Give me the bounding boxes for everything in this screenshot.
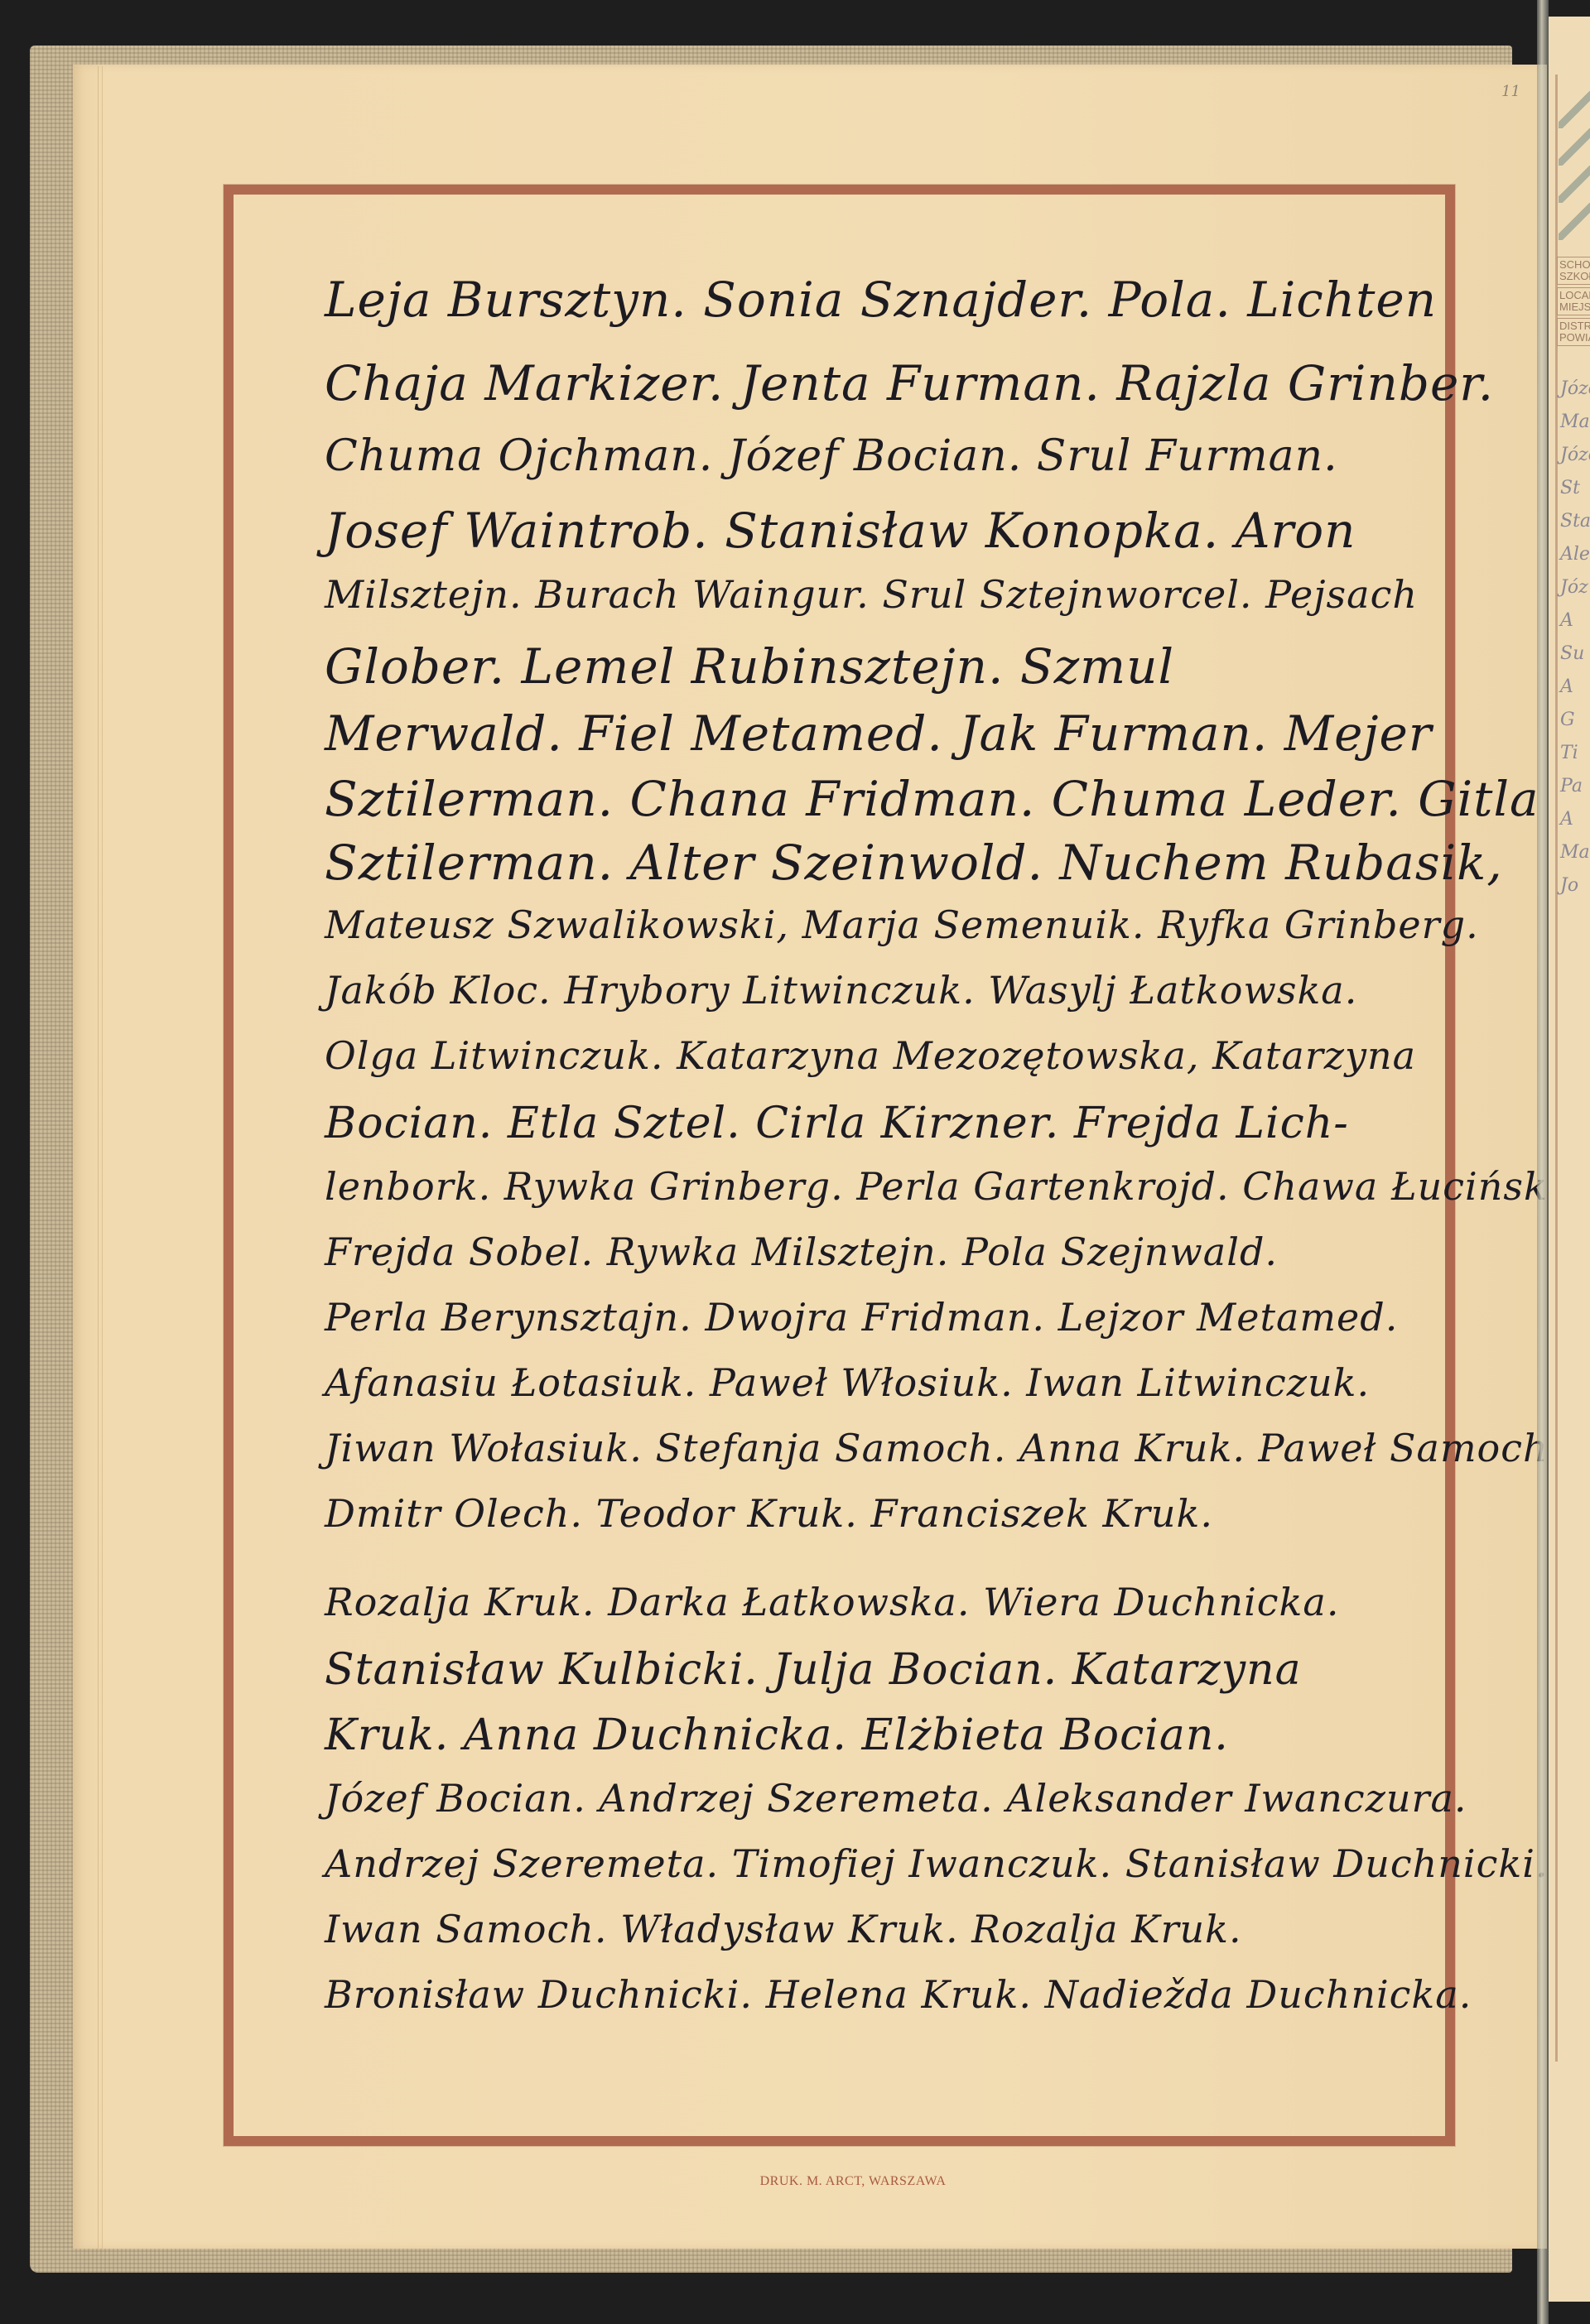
list-line: Józef Bocian. Andrzej Szeremeta. Aleksan…: [325, 1779, 1412, 1843]
list-line: Frejda Sobel. Rywka Milsztejn. Pola Szej…: [325, 1233, 1412, 1297]
list-line: Sztilerman. Alter Szeinwold. Nuchem Ruba…: [325, 839, 1412, 902]
label-school: SCHOOLSZKOŁA: [1557, 257, 1590, 285]
list-line: Rozalja Kruk. Darka Łatkowska. Wiera Duc…: [325, 1583, 1412, 1647]
list-line: Milsztejn. Burach Waingur. Srul Sztejnwo…: [325, 575, 1412, 639]
list-line: Andrzej Szeremeta. Timofiej Iwanczuk. St…: [325, 1845, 1412, 1908]
next-page: SCHOOLSZKOŁA LOCALMIEJSC DISTRIPOWIA Józ…: [1549, 17, 1590, 2302]
list-line: Dmitr Olech. Teodor Kruk. Franciszek Kru…: [325, 1494, 1412, 1558]
page-gutter: [1537, 0, 1549, 2324]
list-line: Kruk. Anna Duchnicka. Elżbieta Bocian.: [325, 1714, 1412, 1778]
list-line: lenbork. Rywka Grinberg. Perla Gartenkro…: [325, 1167, 1412, 1231]
next-page-handwriting: Józef Marja Józef St Stani Ale Józ A Su …: [1560, 373, 1590, 902]
list-line: Merwald. Fiel Metamed. Jak Furman. Mejer: [325, 710, 1412, 773]
list-line: Olga Litwinczuk. Katarzyna Mezozętowska,…: [325, 1037, 1412, 1100]
list-line: Bronisław Duchnicki. Helena Kruk. Nadiež…: [325, 1975, 1412, 2039]
page-edge: [98, 66, 103, 2249]
label-locality: LOCALMIEJSC: [1557, 287, 1590, 315]
name-list: Leja Bursztyn. Sonia Sznajder. Pola. Lic…: [234, 195, 1445, 2136]
list-line: Perla Berynsztajn. Dwojra Fridman. Lejzo…: [325, 1298, 1412, 1362]
list-line: Jiwan Wołasiuk. Stefanja Samoch. Anna Kr…: [325, 1429, 1412, 1493]
list-line: Stanisław Kulbicki. Julja Bocian. Katarz…: [325, 1648, 1412, 1712]
list-line: Sztilerman. Chana Fridman. Chuma Leder. …: [325, 775, 1412, 839]
pencil-mark: 11: [1501, 83, 1520, 100]
list-line: Chaja Markizer. Jenta Furman. Rajzla Gri…: [325, 359, 1412, 423]
list-line: Mateusz Szwalikowski, Marja Semenuik. Ry…: [325, 906, 1412, 970]
next-page-labels: SCHOOLSZKOŁA LOCALMIEJSC DISTRIPOWIA: [1557, 257, 1590, 349]
list-line: Jakób Kloc. Hrybory Litwinczuk. Wasylj Ł…: [325, 971, 1412, 1035]
list-line: Josef Waintrob. Stanisław Konopka. Aron: [325, 507, 1412, 570]
list-line: Leja Bursztyn. Sonia Sznajder. Pola. Lic…: [325, 276, 1412, 339]
list-line: Bocian. Etla Sztel. Cirla Kirzner. Frejd…: [325, 1102, 1412, 1166]
label-district: DISTRIPOWIA: [1557, 318, 1590, 346]
decorative-frame: Leja Bursztyn. Sonia Sznajder. Pola. Lic…: [224, 185, 1455, 2146]
list-line: Iwan Samoch. Władysław Kruk. Rozalja Kru…: [325, 1910, 1412, 1974]
ornament-icon: [1559, 91, 1590, 240]
list-line: Afanasiu Łotasiuk. Paweł Włosiuk. Iwan L…: [325, 1364, 1412, 1427]
printer-imprint: DRUK. M. ARCT, WARSZAWA: [729, 2174, 977, 2189]
list-line: Chuma Ojchman. Józef Bocian. Srul Furman…: [325, 435, 1412, 498]
list-line: Glober. Lemel Rubinsztejn. Szmul: [325, 642, 1412, 706]
